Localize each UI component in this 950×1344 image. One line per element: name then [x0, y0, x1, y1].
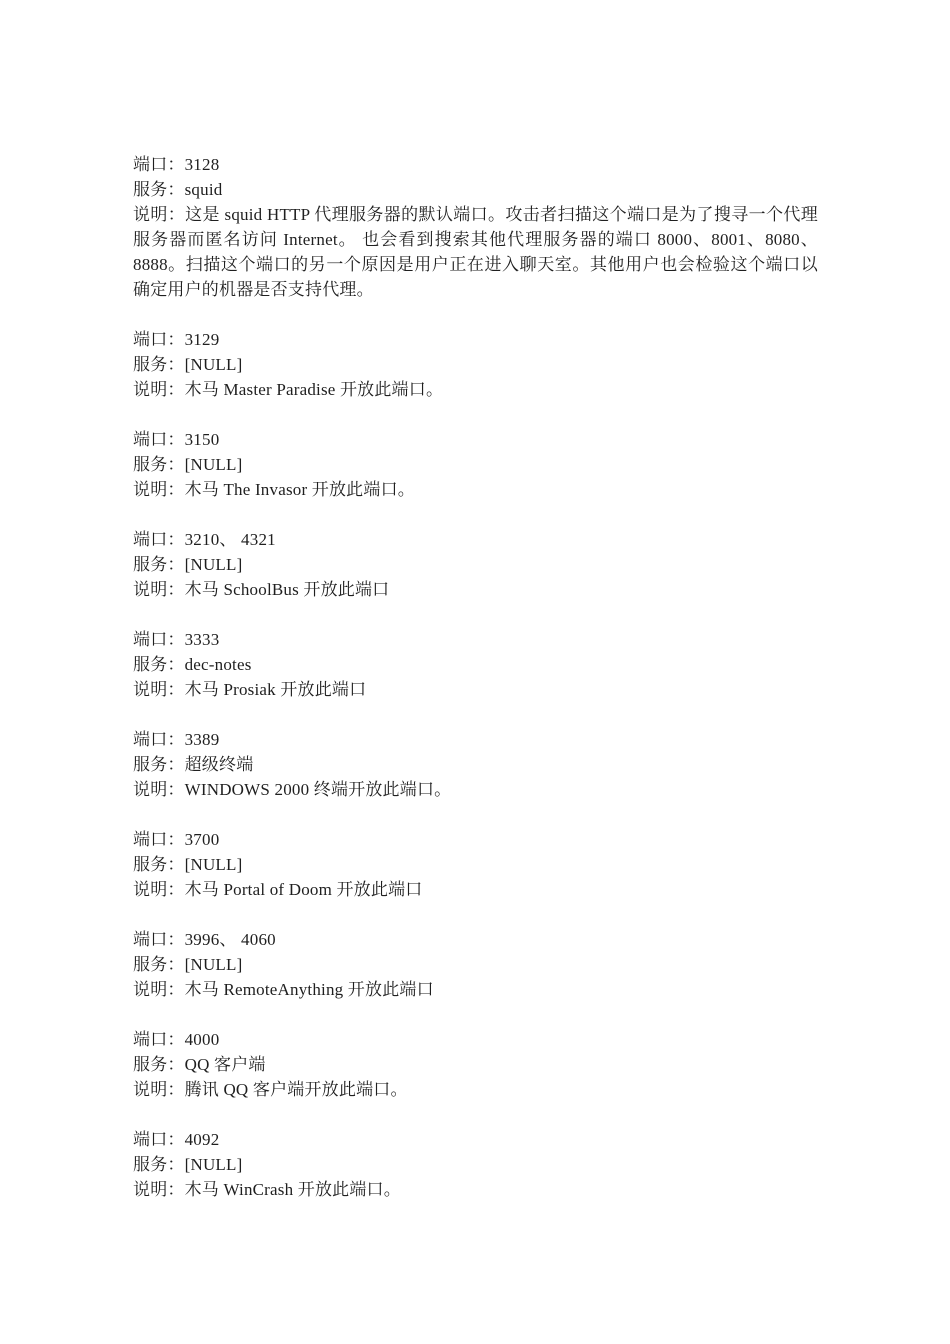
service-line: 服务：超级终端: [133, 752, 818, 777]
port-entry: 端口：3129 服务：[NULL] 说明：木马 Master Paradise …: [133, 327, 818, 402]
service-line: 服务：QQ 客户端: [133, 1052, 818, 1077]
port-entry: 端口：3128 服务：squid 说明：这是 squid HTTP 代理服务器的…: [133, 152, 818, 302]
port-value: 3210、 4321: [185, 530, 276, 549]
port-entry: 端口：3700 服务：[NULL] 说明：木马 Portal of Doom 开…: [133, 827, 818, 902]
description-value: 木马 WinCrash 开放此端口。: [185, 1180, 401, 1199]
port-entry: 端口：3150 服务：[NULL] 说明：木马 The Invasor 开放此端…: [133, 427, 818, 502]
port-entry: 端口：3389 服务：超级终端 说明：WINDOWS 2000 终端开放此端口。: [133, 727, 818, 802]
port-value: 3333: [185, 630, 220, 649]
service-line: 服务：[NULL]: [133, 452, 818, 477]
port-label: 端口：: [133, 155, 185, 174]
description-line: 说明：这是 squid HTTP 代理服务器的默认端口。攻击者扫描这个端口是为了…: [133, 202, 818, 302]
service-value: QQ 客户端: [185, 1055, 266, 1074]
port-value: 3700: [185, 830, 220, 849]
service-value: [NULL]: [185, 1155, 243, 1174]
service-label: 服务：: [133, 1055, 185, 1074]
service-line: 服务：[NULL]: [133, 1152, 818, 1177]
description-value: 木马 Prosiak 开放此端口: [185, 680, 367, 699]
port-line: 端口：3700: [133, 827, 818, 852]
port-line: 端口：3333: [133, 627, 818, 652]
port-entry: 端口：3210、 4321 服务：[NULL] 说明：木马 SchoolBus …: [133, 527, 818, 602]
port-label: 端口：: [133, 830, 185, 849]
port-label: 端口：: [133, 1030, 185, 1049]
service-label: 服务：: [133, 180, 185, 199]
description-label: 说明：: [133, 580, 185, 599]
port-line: 端口：3210、 4321: [133, 527, 818, 552]
service-value: [NULL]: [185, 355, 243, 374]
port-label: 端口：: [133, 530, 185, 549]
port-label: 端口：: [133, 630, 185, 649]
service-label: 服务：: [133, 855, 185, 874]
description-line: 说明：木马 WinCrash 开放此端口。: [133, 1177, 818, 1202]
description-line: 说明：木马 SchoolBus 开放此端口: [133, 577, 818, 602]
description-label: 说明：: [133, 480, 185, 499]
document-page: 端口：3128 服务：squid 说明：这是 squid HTTP 代理服务器的…: [0, 0, 950, 1344]
description-label: 说明：: [133, 980, 185, 999]
port-line: 端口：3996、 4060: [133, 927, 818, 952]
service-value: [NULL]: [185, 855, 243, 874]
description-label: 说明：: [133, 680, 185, 699]
service-line: 服务：[NULL]: [133, 852, 818, 877]
port-entry: 端口：4000 服务：QQ 客户端 说明：腾讯 QQ 客户端开放此端口。: [133, 1027, 818, 1102]
description-line: 说明：木马 Prosiak 开放此端口: [133, 677, 818, 702]
service-value: [NULL]: [185, 455, 243, 474]
port-line: 端口：4092: [133, 1127, 818, 1152]
service-label: 服务：: [133, 355, 185, 374]
port-value: 3389: [185, 730, 220, 749]
port-label: 端口：: [133, 430, 185, 449]
service-label: 服务：: [133, 755, 185, 774]
port-line: 端口：4000: [133, 1027, 818, 1052]
port-value: 4000: [185, 1030, 220, 1049]
description-value: 木马 Portal of Doom 开放此端口: [185, 880, 423, 899]
port-entry: 端口：4092 服务：[NULL] 说明：木马 WinCrash 开放此端口。: [133, 1127, 818, 1202]
description-label: 说明：: [133, 205, 185, 224]
port-line: 端口：3150: [133, 427, 818, 452]
service-value: squid: [185, 180, 223, 199]
port-value: 4092: [185, 1130, 220, 1149]
description-label: 说明：: [133, 780, 185, 799]
service-label: 服务：: [133, 955, 185, 974]
description-line: 说明：WINDOWS 2000 终端开放此端口。: [133, 777, 818, 802]
port-label: 端口：: [133, 930, 185, 949]
description-value: 这是 squid HTTP 代理服务器的默认端口。攻击者扫描这个端口是为了搜寻一…: [133, 205, 818, 299]
port-line: 端口：3128: [133, 152, 818, 177]
description-line: 说明：木马 Portal of Doom 开放此端口: [133, 877, 818, 902]
port-line: 端口：3129: [133, 327, 818, 352]
port-label: 端口：: [133, 1130, 185, 1149]
service-line: 服务：squid: [133, 177, 818, 202]
port-label: 端口：: [133, 330, 185, 349]
description-line: 说明：木马 The Invasor 开放此端口。: [133, 477, 818, 502]
service-value: dec-notes: [185, 655, 252, 674]
port-list: 端口：3128 服务：squid 说明：这是 squid HTTP 代理服务器的…: [133, 152, 818, 1227]
description-value: 腾讯 QQ 客户端开放此端口。: [185, 1080, 408, 1099]
description-value: 木马 The Invasor 开放此端口。: [185, 480, 415, 499]
description-value: 木马 RemoteAnything 开放此端口: [185, 980, 434, 999]
service-label: 服务：: [133, 655, 185, 674]
service-label: 服务：: [133, 555, 185, 574]
service-line: 服务：[NULL]: [133, 552, 818, 577]
description-label: 说明：: [133, 880, 185, 899]
service-line: 服务：dec-notes: [133, 652, 818, 677]
service-label: 服务：: [133, 1155, 185, 1174]
port-entry: 端口：3996、 4060 服务：[NULL] 说明：木马 RemoteAnyt…: [133, 927, 818, 1002]
port-value: 3128: [185, 155, 220, 174]
description-label: 说明：: [133, 1180, 185, 1199]
description-line: 说明：木马 Master Paradise 开放此端口。: [133, 377, 818, 402]
service-line: 服务：[NULL]: [133, 952, 818, 977]
description-label: 说明：: [133, 380, 185, 399]
service-value: [NULL]: [185, 955, 243, 974]
port-label: 端口：: [133, 730, 185, 749]
description-value: WINDOWS 2000 终端开放此端口。: [185, 780, 452, 799]
description-label: 说明：: [133, 1080, 185, 1099]
description-line: 说明：木马 RemoteAnything 开放此端口: [133, 977, 818, 1002]
description-line: 说明：腾讯 QQ 客户端开放此端口。: [133, 1077, 818, 1102]
service-line: 服务：[NULL]: [133, 352, 818, 377]
port-value: 3996、 4060: [185, 930, 276, 949]
port-value: 3150: [185, 430, 220, 449]
port-value: 3129: [185, 330, 220, 349]
port-entry: 端口：3333 服务：dec-notes 说明：木马 Prosiak 开放此端口: [133, 627, 818, 702]
description-value: 木马 Master Paradise 开放此端口。: [185, 380, 444, 399]
description-value: 木马 SchoolBus 开放此端口: [185, 580, 390, 599]
service-label: 服务：: [133, 455, 185, 474]
port-line: 端口：3389: [133, 727, 818, 752]
service-value: 超级终端: [185, 755, 254, 774]
service-value: [NULL]: [185, 555, 243, 574]
